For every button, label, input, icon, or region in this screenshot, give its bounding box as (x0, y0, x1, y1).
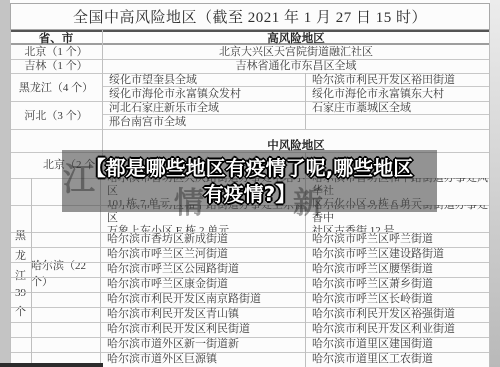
area-cell: 河北石家庄新乐市全域 (102, 101, 312, 115)
area-cell: 哈尔滨市道外区新一街道新 (100, 337, 312, 352)
table-title: 全国中高风险地区（截至 2021 年 1 月 27 日 15 时） (10, 3, 490, 30)
area-cell (305, 115, 497, 129)
province-label: 北京（1 个） (10, 45, 102, 59)
area-cell: 哈尔滨市呼兰区长岭街道 (305, 292, 497, 307)
grid-line-vertical (31, 178, 32, 367)
area-cell: 哈尔滨市利民开发区裕强街道 (305, 307, 497, 322)
divider (102, 86, 490, 87)
watermark-char: 新 (293, 178, 323, 222)
area-cell: 绥化市海伦市永富镇东大村 (305, 87, 497, 101)
area-cell: 北京大兴区天宫院街道融汇社区 (102, 45, 490, 59)
area-cell: 哈尔滨市呼兰区萧乡街道 (305, 277, 497, 292)
area-cell: 绥化市海伦市永富镇众发村 (102, 87, 312, 101)
area-cell: 哈尔滨市道里区建国街道 (305, 337, 497, 352)
table-row: 哈尔滨市利民开发区青山镇 哈尔滨市利民开发区裕强街道 (10, 307, 490, 323)
table-row: 北京（1 个） 北京大兴区天宫院街道融汇社区 (10, 45, 490, 60)
area-cell: 哈尔滨市利民开发区利民街道 (100, 322, 312, 337)
page-margin-left (0, 0, 10, 367)
table-header-row: 省、市 高风险地区 (10, 30, 490, 45)
area-cell: 哈尔滨市呼兰区腰堡街道 (305, 262, 497, 277)
province-label: 黑龙江（4 个） (10, 73, 102, 101)
table-row: 河北（3 个） 河北石家庄新乐市全域 石家庄市藁城区全域 邢台南宫市全域 (10, 101, 490, 130)
screenshot-stage: 全国中高风险地区（截至 2021 年 1 月 27 日 15 时） 省、市 高风… (0, 0, 500, 367)
caption-overlay: 江 情 新 【都是哪些地区有疫情了呢,哪些地区 有疫情?】 (62, 150, 437, 212)
grid-line-vertical (10, 30, 11, 367)
grid-line-vertical (305, 73, 306, 129)
bottom-cutoff-bar (0, 363, 103, 367)
table-row: 哈尔滨市呼兰区公园路街道 哈尔滨市呼兰区腰堡街道 (10, 262, 490, 278)
area-cell: 哈尔滨市呼兰区兰河街道 (100, 247, 312, 262)
watermark-char: 情 (174, 178, 204, 222)
area-cell: 哈尔滨市呼兰区康金街道 (100, 277, 312, 292)
area-cell: 哈尔滨市呼兰区建设路街道 (305, 247, 497, 262)
table-row: 哈尔滨市道外区新一街道新 哈尔滨市道里区建国街道 (10, 337, 490, 353)
area-cell: 石家庄市藁城区全域 (305, 101, 497, 115)
area-cell: 绥化市望奎县全域 (102, 73, 312, 87)
caption-line-2: 有疫情?】 (204, 181, 296, 207)
divider (102, 114, 490, 115)
grid-line-vertical (489, 30, 490, 367)
area-cell: 哈尔滨市道里区工农街道 (305, 352, 497, 367)
table-row: 哈尔滨市利民开发区南京路街道 哈尔滨市呼兰区长岭街道 (10, 292, 490, 308)
table-row: 黑龙江（4 个） 绥化市望奎县全域 哈尔滨市利民开发区裕田街道 绥化市海伦市永富… (10, 73, 490, 102)
area-cell: 吉林省通化市东昌区全域 (102, 59, 490, 73)
table-row: 吉林（1 个） 吉林省通化市东昌区全域 (10, 59, 490, 74)
area-cell: 邢台南宫市全域 (102, 115, 312, 129)
province-label: 吉林（1 个） (10, 59, 102, 73)
table-row: 哈尔滨市利民开发区利民街道 哈尔滨市利民开发区利业街道 (10, 322, 490, 338)
area-cell: 哈尔滨市利民开发区利业街道 (305, 322, 497, 337)
area-cell: 哈尔滨市利民开发区南京路街道 (100, 292, 312, 307)
column-header-province: 省、市 (10, 32, 102, 43)
area-cell: 哈尔滨市香坊区新成街道 (100, 232, 312, 247)
province-label: 河北（3 个） (10, 101, 102, 129)
table-row: 哈尔滨市呼兰区康金街道 哈尔滨市呼兰区萧乡街道 (10, 277, 490, 293)
area-cell: 哈尔滨市利民开发区裕田街道 (305, 73, 497, 87)
table-row: 哈尔滨市呼兰区兰河街道 哈尔滨市呼兰区建设路街道 (10, 247, 490, 263)
area-cell: 哈尔滨市呼兰区呼兰街道 (305, 232, 497, 247)
area-cell: 哈尔滨市利民开发区青山镇 (100, 307, 312, 322)
area-cell: 哈尔滨市道外区巨源镇 (100, 352, 312, 367)
caption-line-1: 【都是哪些地区有疫情了呢,哪些地区 (86, 155, 414, 181)
table-row: 哈尔滨市香坊区新成街道 哈尔滨市呼兰区呼兰街道 (10, 232, 490, 248)
column-header-high-risk: 高风险地区 (102, 32, 490, 43)
area-cell: 哈尔滨市呼兰区公园路街道 (100, 262, 312, 277)
